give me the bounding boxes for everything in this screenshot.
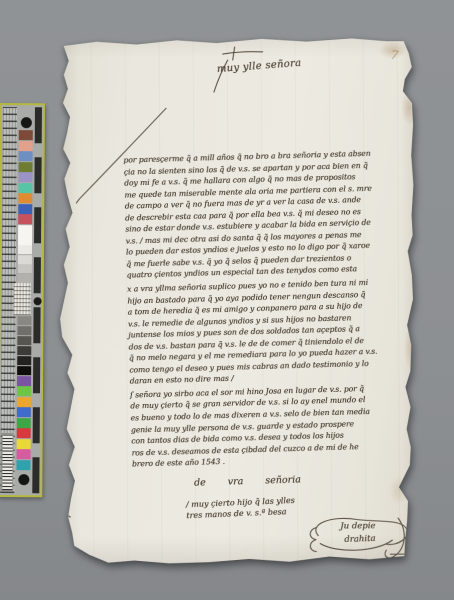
target-patch [14,283,31,315]
manuscript-page: 7 muy ylle señora por paresçerme q̃ a mi… [57,35,422,569]
photograph-background: 7 muy ylle señora por paresçerme q̃ a mi… [0,0,454,600]
target-patch [19,151,33,161]
letter-paragraph: por paresçerme q̃ a mill años q̃ no bro … [123,147,410,282]
target-patch [18,193,32,203]
edge-ink-marks [63,499,70,517]
target-patch [19,162,33,172]
target-patch [17,418,31,428]
folio-number: 7 [390,48,399,63]
target-patch [18,214,32,224]
closing-word: señoria [265,474,301,486]
signature-name-line: drahita [344,534,376,545]
target-patch [18,183,32,193]
target-center-column [16,117,33,487]
target-patch [17,346,31,356]
signature-block: Ju depie drahita [302,513,412,562]
cross-mark [233,47,235,60]
target-patch [17,356,31,366]
target-patch [18,172,32,182]
letter-paragraph: x a vra yllma señoria suplico pues yo no… [127,276,414,388]
closing-word: de [194,477,206,488]
target-patch [17,449,31,459]
target-patch [17,326,31,336]
closing-word: vra [227,476,243,487]
target-patch [19,141,33,151]
cross-mark [223,52,263,54]
paper-sheet: 7 muy ylle señora por paresçerme q̃ a mi… [57,35,422,569]
stain [389,475,409,505]
target-patch [17,439,31,449]
target-barcode-label [1,433,13,491]
letter-paragraph: ſ señora yo sirbo aca el sor mi hino Jos… [130,382,416,471]
target-patch [18,274,32,283]
target-patch [17,386,31,396]
target-registration-dot [18,474,29,485]
target-patch [18,245,32,254]
target-patch [16,460,30,470]
signature-name-line: Ju depie [340,521,375,531]
subscription: ∕ muy çierto hijo q̃ las ylles tres mano… [186,495,296,521]
closing-formula: de vra señoria [194,474,301,488]
target-patch [17,407,31,417]
target-patch [17,376,31,386]
target-patch [18,264,32,273]
stain [401,91,417,125]
letter-heading: muy ylle señora [216,58,301,75]
target-patch [17,366,31,376]
target-patch [17,336,31,346]
target-registration-dot [20,117,31,128]
target-patch [17,428,31,438]
color-calibration-target [0,103,45,497]
target-registration-dot [34,297,42,305]
target-patch [19,130,33,140]
target-patch [18,255,32,264]
target-patch [17,316,31,326]
letter-body: por paresçerme q̃ a mill años q̃ no bro … [123,147,416,473]
target-patch [17,397,31,407]
target-patch [18,225,32,245]
target-patch [18,204,32,214]
